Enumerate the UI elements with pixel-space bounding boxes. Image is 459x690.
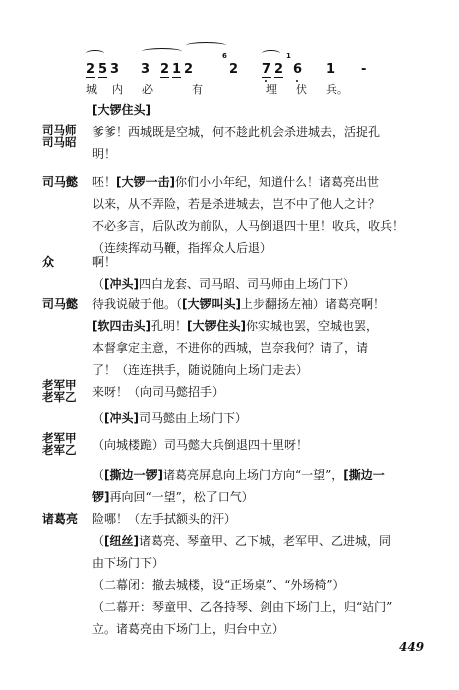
text-line: （[纽丝]诸葛亮、琴童甲、乙下城，老军甲、乙进城，同 [92,530,422,552]
text-span: （ [92,411,104,425]
percussion-cue: [大锣叫头] [182,297,241,311]
grace-note: 1 [286,52,291,60]
speaker-label: 诸葛亮 [42,512,78,526]
speaker-name: 司马昭 [42,136,77,148]
grace-note: 6 [222,52,227,60]
text-span: 诸葛亮、琴童甲、乙下城，老军甲、乙进城，同 [139,534,391,548]
percussion-cue: [大锣一击] [116,175,175,189]
text-line: 锣]再向回“一望”，松了口气） [92,486,422,508]
lyric: 内 [112,81,123,97]
text-line: 爹爹！西城既是空城，何不趁此机会杀进城去，活捉孔 [92,121,422,143]
slur [86,50,104,57]
stage-direction-text: （二幕开：琴童甲、乙各持琴、剑由下场门上，归“站门” 立。诸葛亮由下场门上，归台… [92,596,422,640]
text-line: 啊！ [92,251,422,273]
lyric: 伏 [296,81,307,97]
percussion-cue: [冲头] [104,411,139,425]
note: 1 [326,62,335,77]
speaker-label: 老军甲 老军乙 [42,432,77,456]
speaker-name: 老军乙 [42,391,77,403]
dialogue-text: （向城楼跪）司马懿大兵倒退四十里呀！ [92,434,422,456]
stage-direction-text: （[纽丝]诸葛亮、琴童甲、乙下城，老军甲、乙进城，同 由下场门下） [92,530,422,574]
text-line: 由下场门下） [92,552,422,574]
text-line: 本督拿定主意，不进你的西城，岂奈我何？请了，请 [92,337,422,359]
lyric: 必 [142,81,153,97]
note: 5 [98,62,107,78]
dialogue-text: 爹爹！西城既是空城，何不趁此机会杀进城去，活捉孔 明！ [92,121,422,165]
text-span: （ [92,468,104,482]
lyric: 有 [192,81,203,97]
note: 6 [293,62,302,77]
text-span: 孔明！ [151,319,187,333]
dialogue-text: 呸！[大锣一击]你们小小年纪，知道什么！诸葛亮出世 以来，从不弄险，若是杀进城去… [92,171,422,259]
text-span: 再向回“一望”，松了口气） [110,490,254,504]
speaker-label: 老军甲 老军乙 [42,379,77,403]
note: 2 [160,62,169,78]
text-span: 你们小小年纪，知道什么！诸葛亮出世 [175,175,379,189]
text-span: 上步翻扬左袖）诸葛亮啊！ [241,297,385,311]
percussion-cue: [撕边一 [343,468,385,482]
text-line: [软四击头]孔明！[大锣住头]你实城也罢，空城也罢， [92,315,422,337]
dialogue-text: 啊！ [92,251,422,273]
speaker-label: 司马懿 [42,297,78,311]
text-line: 险哪！（左手拭额头的汗） [92,508,422,530]
percussion-cue: [撕边一锣] [104,468,163,482]
text-span: 待我说破于他。（ [92,297,182,311]
percussion-cue: [大锣住头] [187,319,246,333]
speaker-label: 司马师 司马昭 [42,124,77,148]
lyric: 兵。 [326,81,348,97]
text-line: （二幕开：琴童甲、乙各持琴、剑由下场门上，归“站门” [92,596,422,618]
percussion-cue: 锣] [92,490,110,504]
stage-direction-text: （[冲头]四白龙套、司马昭、司马师由上场门下） [92,273,422,295]
lyric: 埋 [266,81,277,97]
text-span: 四白龙套、司马昭、司马师由上场门下） [139,277,355,291]
text-line: 以来，从不弄险，若是杀进城去，岂不中了他人之计？ [92,193,422,215]
jianpu-notation: 6 1 2 5 3 3 2 1 2 2 7 2 6 1 - [86,42,386,82]
percussion-cue: [软四击头] [92,319,151,333]
percussion-cue: [纽丝] [104,534,139,548]
slur [262,50,280,57]
book-page: 6 1 2 5 3 3 2 1 2 2 7 2 6 1 - 城 内 必 有 埋 … [0,0,459,690]
text-span: 你实城也罢，空城也罢， [246,319,378,333]
speaker-name: 老军乙 [42,444,77,456]
text-line: 待我说破于他。（[大锣叫头]上步翻扬左袖）诸葛亮啊！ [92,293,422,315]
note: 7 [262,62,271,78]
note: 2 [229,62,238,77]
text-line: （[撕边一锣]诸葛亮屏息向上场门方向“一望”，[撕边一 [92,464,422,486]
dialogue-text: 险哪！（左手拭额头的汗） [92,508,422,530]
note: - [361,62,366,77]
text-line: 来呀！（向司马懿招手） [92,381,422,403]
dialogue-text: 待我说破于他。（[大锣叫头]上步翻扬左袖）诸葛亮啊！ [软四击头]孔明！[大锣住… [92,293,422,381]
slur [186,42,226,49]
text-span: 诸葛亮屏息向上场门方向“一望”， [163,468,343,482]
stage-direction-text: （[冲头]司马懿由上场门下） [92,407,422,429]
text-span: （ [92,277,104,291]
stage-direction-text: （二幕闭：撤去城楼，设“正场桌”、“外场椅”） [92,574,422,596]
note: 2 [184,62,193,77]
text-line: （向城楼跪）司马懿大兵倒退四十里呀！ [92,434,422,456]
text-line: 明！ [92,143,422,165]
speaker-label: 司马懿 [42,175,78,189]
note: 3 [141,62,150,77]
text-line: 立。诸葛亮由下场门上，归台中立） [92,618,422,640]
text-line: 不必多言，后队改为前队，人马倒退四十里！收兵，收兵！ [92,215,422,237]
stage-direction-text: （[撕边一锣]诸葛亮屏息向上场门方向“一望”，[撕边一 锣]再向回“一望”，松了… [92,464,422,508]
text-line: 呸！[大锣一击]你们小小年纪，知道什么！诸葛亮出世 [92,171,422,193]
percussion-cue: [大锣住头] [92,99,422,121]
text-span: 司马懿由上场门下） [139,411,247,425]
dialogue-text: 来呀！（向司马懿招手） [92,381,422,403]
text-span: 呸！ [92,175,116,189]
note: 2 [86,62,95,78]
note: 3 [110,62,119,77]
speaker-label: 众 [42,255,54,269]
note: 2 [274,62,283,78]
lyric: 城 [86,81,97,97]
percussion-cue: [冲头] [104,277,139,291]
page-number: 449 [399,640,424,654]
text-span: （ [92,534,104,548]
text-line: 了！（连连拱手，随说随向上场门走去） [92,359,422,381]
slur [142,48,182,55]
note: 1 [172,62,181,78]
